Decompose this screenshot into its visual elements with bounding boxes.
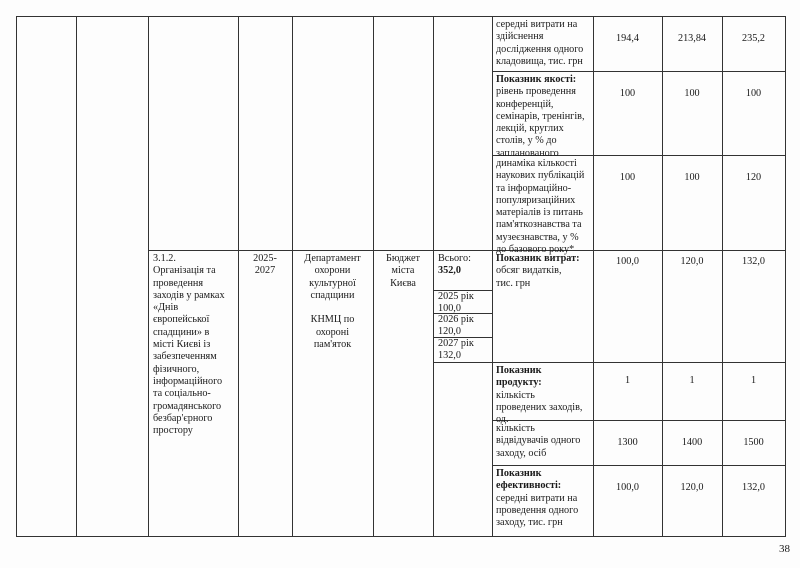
indicator-value: 132,0: [722, 482, 785, 494]
indicator-value: 100: [593, 88, 662, 100]
indicator-value: 132,0: [722, 256, 785, 268]
table-bottom-border: [16, 536, 786, 537]
column-border: [148, 16, 149, 536]
column-border: [785, 16, 786, 536]
indicator-value: 100: [593, 172, 662, 184]
indicator-value: 120: [722, 172, 785, 184]
funding-source: БюджетмістаКиєва: [373, 253, 433, 290]
indicator-value: 100: [662, 172, 722, 184]
indicator-value: 194,4: [593, 33, 662, 45]
measure-title: 3.1.2.Організація тапроведеннязаходів у …: [153, 253, 233, 437]
indicator-text: середні витрати наздійсненнядослідження …: [496, 19, 591, 68]
table-border: [492, 362, 786, 363]
page-number: 38: [779, 543, 790, 555]
funding-total: Всього:352,0: [438, 253, 491, 278]
funding-year: 2025 рік100,0: [438, 291, 491, 316]
indicator-text: Показникефективності:середні витрати нап…: [496, 468, 591, 529]
indicator-value: 235,2: [722, 33, 785, 45]
table-top-border: [16, 16, 786, 17]
indicator-value: 100: [722, 88, 785, 100]
column-border: [433, 16, 434, 536]
indicator-value: 1: [662, 375, 722, 387]
funding-year: 2027 рік132,0: [438, 338, 491, 363]
column-border: [16, 16, 17, 536]
indicator-value: 100,0: [593, 482, 662, 494]
indicator-text: Показник витрат:обсяг видатків,тис. грн: [496, 253, 591, 290]
measure-executor: ДепартаментохороникультурноїспадщиниКНМЦ…: [292, 253, 373, 351]
indicator-value: 120,0: [662, 256, 722, 268]
indicator-value: 1: [722, 375, 785, 387]
indicator-value: 1400: [662, 437, 722, 449]
indicator-value: 1: [593, 375, 662, 387]
table-border: [492, 465, 786, 466]
column-border: [492, 16, 493, 536]
indicator-text: динаміка кількостінаукових публікаційта …: [496, 158, 591, 256]
indicator-text: Показник якості:рівень проведенняконфере…: [496, 74, 591, 160]
indicator-text: кількістьвідвідувачів одногозаходу, осіб: [496, 423, 591, 460]
column-border: [76, 16, 77, 536]
indicator-value: 1500: [722, 437, 785, 449]
indicator-value: 100: [662, 88, 722, 100]
indicator-value: 120,0: [662, 482, 722, 494]
table-border: [492, 71, 786, 72]
indicator-value: 1300: [593, 437, 662, 449]
indicator-value: 100,0: [593, 256, 662, 268]
funding-year: 2026 рік120,0: [438, 314, 491, 339]
document-page: 38 середні витрати наздійсненнядосліджен…: [0, 0, 800, 568]
measure-term: 2025-2027: [238, 253, 292, 278]
indicator-value: 213,84: [662, 33, 722, 45]
indicator-text: Показникпродукту:кількістьпроведених зах…: [496, 365, 591, 426]
measure-top-border: [148, 250, 786, 251]
